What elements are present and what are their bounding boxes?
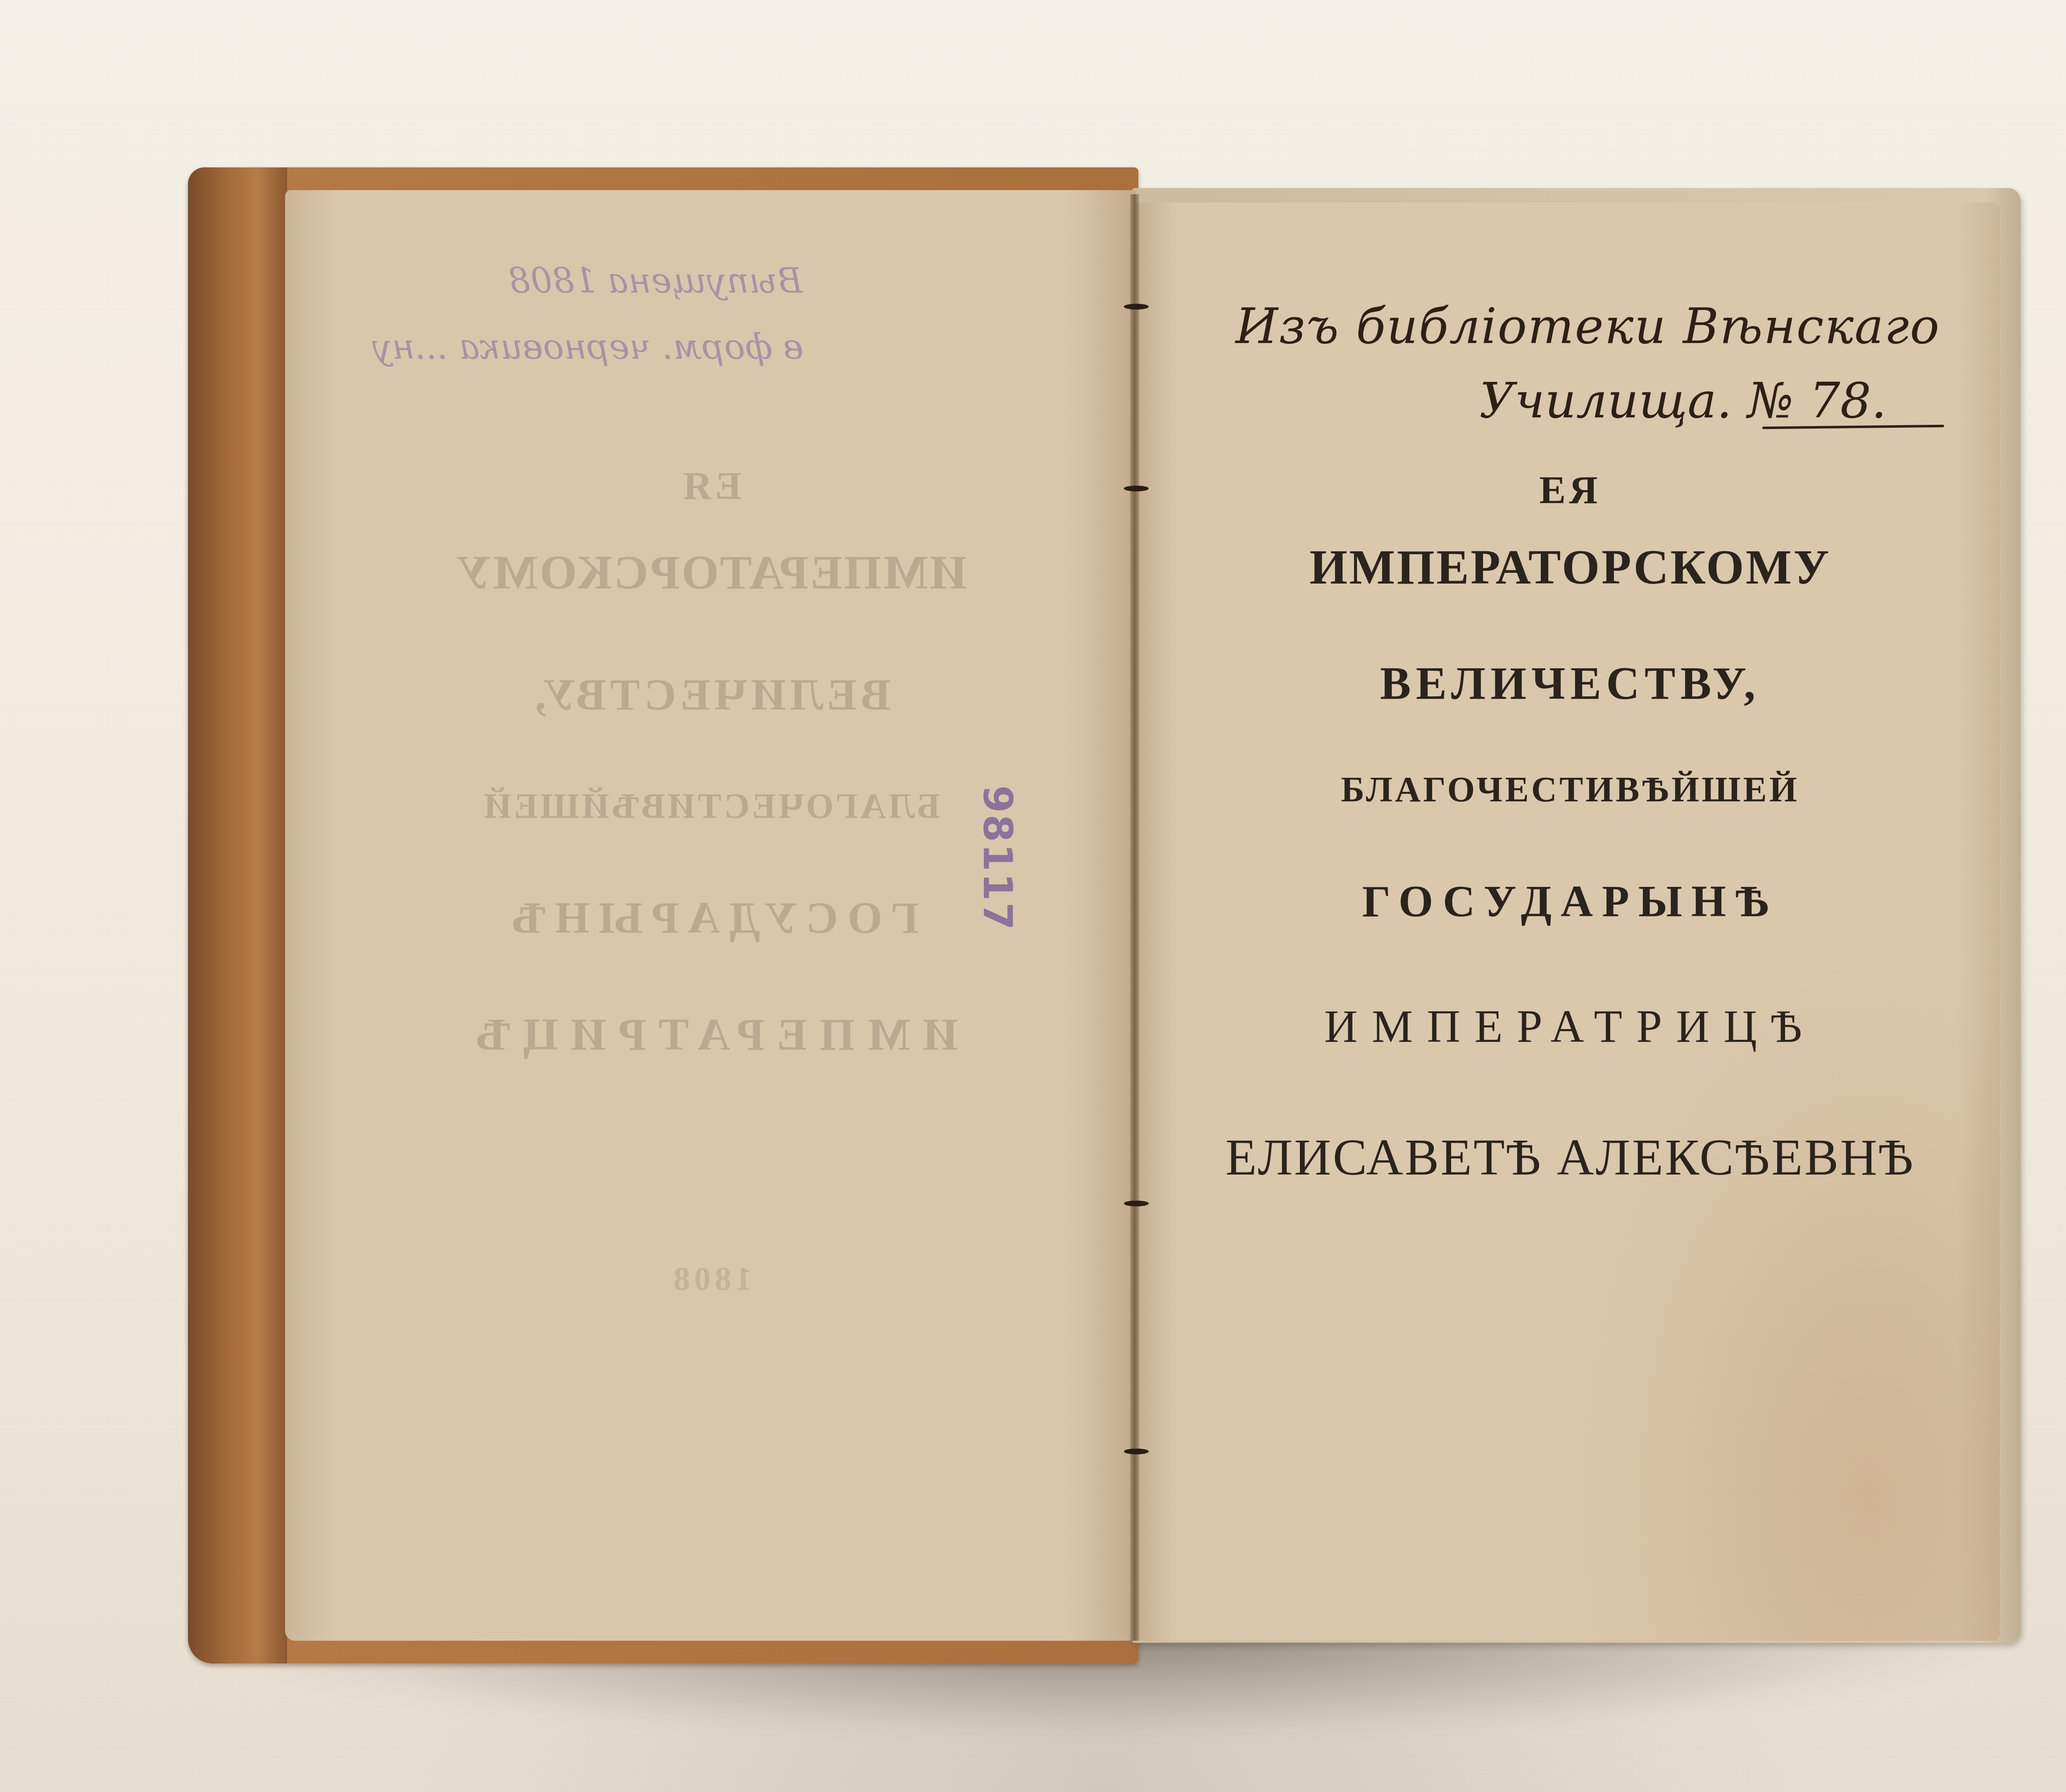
- show-through-line: ИМПЕРАТРИЦѢ: [289, 1008, 1132, 1061]
- dedication-line: ИМПЕРАТРИЦѢ: [1140, 1000, 2000, 1053]
- handwritten-inscription-line: Изъ библіотеки Вѣнскаго: [1235, 298, 1940, 355]
- show-through-line: ИМПЕРАТОРСКОМУ: [289, 546, 1132, 601]
- binding-stitch-icon: [1124, 1201, 1149, 1206]
- show-through-line: ЕЯ: [289, 463, 1132, 509]
- purple-inventory-number: 98117: [974, 785, 1021, 932]
- purple-handwriting-line: Выпущена 1808: [508, 260, 803, 301]
- handwritten-inscription-line: Училища. № 78.: [1479, 372, 1887, 429]
- dedication-line: ГОСУДАРЫНѢ: [1140, 876, 2000, 927]
- binding-stitch-icon: [1124, 1449, 1149, 1454]
- leather-spine: [188, 167, 287, 1663]
- show-through-line: ВЕЛИЧЕСТВУ,: [289, 670, 1132, 721]
- binding-stitch-icon: [1124, 304, 1149, 310]
- purple-handwriting-line: в форм. черновика ...ну: [372, 326, 803, 367]
- dedication-line: БЛАГОЧЕСТИВѢЙШЕЙ: [1140, 769, 2000, 810]
- dedication-line: ВЕЛИЧЕСТВУ,: [1140, 657, 2000, 710]
- dedication-line: ЕЯ: [1140, 467, 2000, 513]
- dedication-line: ЕЛИСАВЕТѢ АЛЕКСѢЕВНѢ: [1140, 1128, 2000, 1187]
- show-through-line: 1808: [289, 1261, 1132, 1298]
- dedication-line: ИМПЕРАТОРСКОМУ: [1140, 539, 2000, 596]
